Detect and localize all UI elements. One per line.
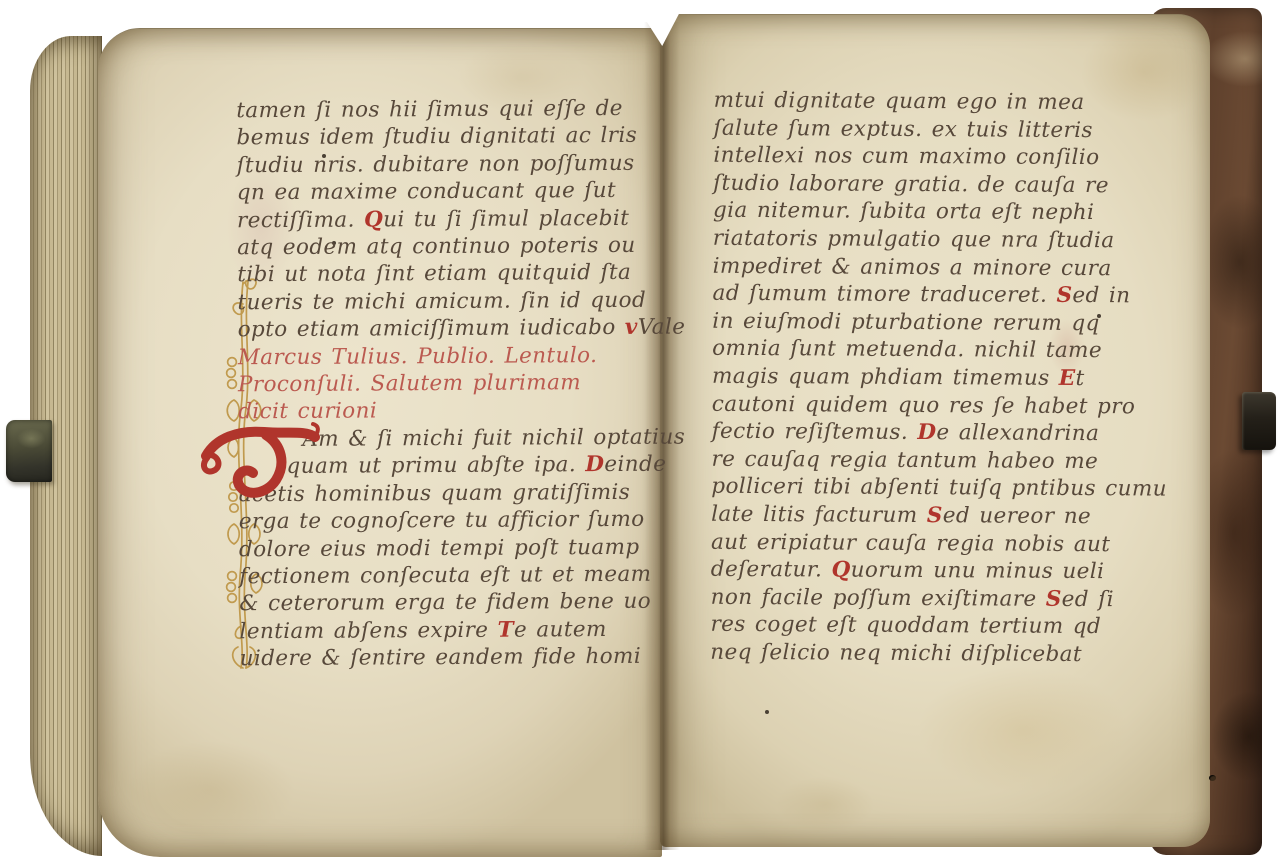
text-segment: ui tu ſi ſimul placebit bbox=[383, 206, 629, 233]
right-page-text: mtui dignitate quam ego in meaſalute ſum… bbox=[710, 87, 1124, 669]
manuscript-line: erga te cognoſcere tu afficior ſumo bbox=[239, 506, 659, 536]
manuscript-line: intellexi nos cum maximo conſilio bbox=[713, 142, 1123, 172]
text-segment: tamen ſi nos hii ſimus qui eſſe de bbox=[236, 96, 623, 123]
text-segment: ſtudiu nris. dubitare non poſſumus bbox=[237, 151, 635, 178]
text-segment: ed ſi bbox=[1062, 587, 1114, 612]
text-segment: in eiuſmodi pturbatione rerum qq bbox=[712, 308, 1100, 335]
manuscript-line: tamen ſi nos hii ſimus qui eſſe de bbox=[236, 95, 656, 125]
manuscript-line: gia nitemur. ſubita orta eſt nephi bbox=[713, 197, 1123, 227]
manuscript-line: neq ſelicio neq michi diſplicebat bbox=[710, 639, 1120, 669]
red-initial: D bbox=[917, 420, 936, 445]
left-page-text: tamen ſi nos hii ſimus qui eſſe debemus … bbox=[236, 95, 660, 673]
text-segment: gia nitemur. ſubita orta eſt nephi bbox=[713, 198, 1094, 225]
text-segment: uorum unu minus ueli bbox=[851, 558, 1105, 585]
text-segment: dolore eius modi tempi poſt tuamp bbox=[239, 534, 640, 561]
manuscript-line: aut eripiatur cauſa regia nobis aut bbox=[711, 528, 1121, 558]
text-segment: atq eodem atq continuo poteris ou bbox=[237, 233, 636, 260]
red-initial: v bbox=[625, 315, 638, 340]
manuscript-line: dolore eius modi tempi poſt tuamp bbox=[239, 533, 659, 563]
manuscript-line: tueris te michi amicum. ſin id quod bbox=[237, 287, 657, 317]
manuscript-line: cautoni quidem quo res ſe habet pro bbox=[712, 390, 1122, 420]
manuscript-line: fectionem conſecuta eſt ut et meam bbox=[239, 561, 659, 591]
manuscript-photo: { "document": { "kind_label": "medieval … bbox=[0, 0, 1280, 860]
text-segment: & ceterorum erga te fidem bene uo bbox=[239, 589, 651, 617]
book-clasp-right bbox=[1242, 392, 1276, 450]
manuscript-line: ad ſumum timore traduceret. Sed in bbox=[712, 280, 1122, 310]
text-segment: impediret & animos a minore cura bbox=[713, 253, 1112, 280]
text-segment: neq ſelicio neq michi diſplicebat bbox=[710, 640, 1082, 667]
book-clasp-left bbox=[6, 420, 52, 482]
text-segment: quam ut primu abſte ipa. bbox=[286, 452, 585, 479]
text-segment: res coget eſt quoddam tertium qd bbox=[710, 612, 1101, 639]
text-segment: ed in bbox=[1072, 283, 1130, 308]
text-segment: rectiſſima. bbox=[237, 207, 364, 233]
manuscript-line: ſtudio laborare gratia. de cauſa re bbox=[713, 170, 1123, 200]
text-segment: ed uereor ne bbox=[943, 503, 1091, 529]
manuscript-line: deſeratur. Quorum unu minus ueli bbox=[711, 556, 1121, 586]
manuscript-line: in eiuſmodi pturbatione rerum qq bbox=[712, 307, 1122, 337]
red-initial: D bbox=[585, 452, 604, 477]
manuscript-line: lentiam abſens expire Te autem bbox=[239, 615, 659, 645]
text-segment: bemus idem ſtudiu dignitati ac lris bbox=[236, 123, 637, 150]
text-segment: t bbox=[1076, 366, 1085, 391]
text-segment: lentiam abſens expire bbox=[239, 617, 497, 644]
text-segment: Marcus Tulius. Publio. Lentulo. bbox=[238, 343, 598, 370]
text-segment: e autem bbox=[514, 617, 607, 643]
text-segment: Proconſuli. Salutem plurimam bbox=[238, 370, 581, 397]
red-initial: Q bbox=[364, 207, 383, 232]
manuscript-line: omnia ſunt metuenda. nichil tame bbox=[712, 335, 1122, 365]
text-segment: erga te cognoſcere tu afficior ſumo bbox=[239, 507, 645, 534]
text-segment: mtui dignitate quam ego in mea bbox=[714, 88, 1085, 115]
red-initial: T bbox=[498, 617, 515, 642]
text-segment: e allexandrina bbox=[936, 420, 1099, 446]
text-segment: Vale bbox=[638, 315, 686, 340]
red-initial: S bbox=[1046, 586, 1062, 611]
text-segment: late litis facturum bbox=[711, 502, 927, 528]
manuscript-line: polliceri tibi abſenti tuiſq pntibus cum… bbox=[711, 473, 1121, 503]
manuscript-line: impediret & animos a minore cura bbox=[713, 252, 1123, 282]
text-segment: ad ſumum timore traduceret. bbox=[712, 281, 1056, 308]
manuscript-line: fectio reſiſtemus. De allexandrina bbox=[712, 418, 1122, 448]
manuscript-line: ſtudiu nris. dubitare non poſſumus bbox=[237, 150, 657, 180]
manuscript-line: magis quam phdiam timemus Et bbox=[712, 363, 1122, 393]
manuscript-line: atq eodem atq continuo poteris ou bbox=[237, 232, 657, 262]
text-segment: qn ea maxime conducant que ſut bbox=[237, 178, 616, 205]
text-segment: intellexi nos cum maximo conſilio bbox=[713, 143, 1099, 170]
ink-speck bbox=[765, 710, 769, 714]
manuscript-line: qn ea maxime conducant que ſut bbox=[237, 177, 657, 207]
text-segment: re cauſaq regia tantum habeo me bbox=[711, 446, 1098, 473]
text-segment: Am & ſi michi fuit nichil optatius bbox=[302, 424, 685, 451]
manuscript-line: ſalute ſum exptus. ex tuis litteris bbox=[713, 114, 1123, 144]
manuscript-line: uidere & ſentire eandem fide homi bbox=[240, 643, 660, 673]
wormhole bbox=[1209, 775, 1216, 781]
text-segment: omnia ſunt metuenda. nichil tame bbox=[712, 336, 1102, 363]
manuscript-line: rectiſſima. Qui tu ſi ſimul placebit bbox=[237, 204, 657, 234]
text-segment: ſtudio laborare gratia. de cauſa re bbox=[713, 171, 1109, 198]
manuscript-line: non facile poſſum exiſtimare Sed ſi bbox=[711, 583, 1121, 613]
red-initial: S bbox=[927, 503, 943, 528]
manuscript-line: bemus idem ſtudiu dignitati ac lris bbox=[236, 122, 656, 152]
manuscript-line: tibi ut nota ſint etiam quitquid ſta bbox=[237, 259, 657, 289]
text-segment: non facile poſſum exiſtimare bbox=[711, 584, 1046, 611]
text-segment: cautoni quidem quo res ſe habet pro bbox=[712, 391, 1136, 419]
text-segment: opto etiam amiciſſimum iudicabo bbox=[238, 315, 625, 342]
manuscript-line: res coget eſt quoddam tertium qd bbox=[710, 611, 1120, 641]
text-segment: polliceri tibi abſenti tuiſq pntibus cum… bbox=[711, 474, 1167, 502]
text-segment: tueris te michi amicum. ſin id quod bbox=[237, 288, 646, 315]
manuscript-line: opto etiam amiciſſimum iudicabo vVale bbox=[238, 314, 658, 344]
text-segment: aut eripiatur cauſa regia nobis aut bbox=[711, 529, 1110, 556]
text-segment: deſeratur. bbox=[711, 557, 832, 583]
text-segment: einde bbox=[604, 452, 666, 477]
manuscript-line: & ceterorum erga te fidem bene uo bbox=[239, 588, 659, 618]
manuscript-line: mtui dignitate quam ego in mea bbox=[714, 87, 1124, 117]
red-initial: S bbox=[1056, 283, 1072, 308]
text-segment: riatatoris pmulgatio que nra ſtudia bbox=[713, 226, 1115, 253]
manuscript-line: late litis facturum Sed uereor ne bbox=[711, 501, 1121, 531]
drop-cap-initial-T bbox=[200, 404, 322, 506]
red-initial: Q bbox=[831, 558, 850, 583]
text-segment: ſalute ſum exptus. ex tuis litteris bbox=[713, 115, 1093, 142]
text-segment: fectio reſiſtemus. bbox=[712, 419, 918, 445]
text-segment: uidere & ſentire eandem fide homi bbox=[240, 644, 642, 671]
rubric-line: Marcus Tulius. Publio. Lentulo. bbox=[238, 341, 658, 371]
manuscript-line: re cauſaq regia tantum habeo me bbox=[711, 445, 1121, 475]
manuscript-line: riatatoris pmulgatio que nra ſtudia bbox=[713, 225, 1123, 255]
red-initial: E bbox=[1059, 366, 1076, 391]
text-segment: magis quam phdiam timemus bbox=[712, 364, 1059, 391]
rubric-line: Proconſuli. Salutem plurimam bbox=[238, 369, 658, 399]
text-segment: fectionem conſecuta eſt ut et meam bbox=[239, 562, 651, 590]
text-segment: tibi ut nota ſint etiam quitquid ſta bbox=[237, 260, 631, 287]
